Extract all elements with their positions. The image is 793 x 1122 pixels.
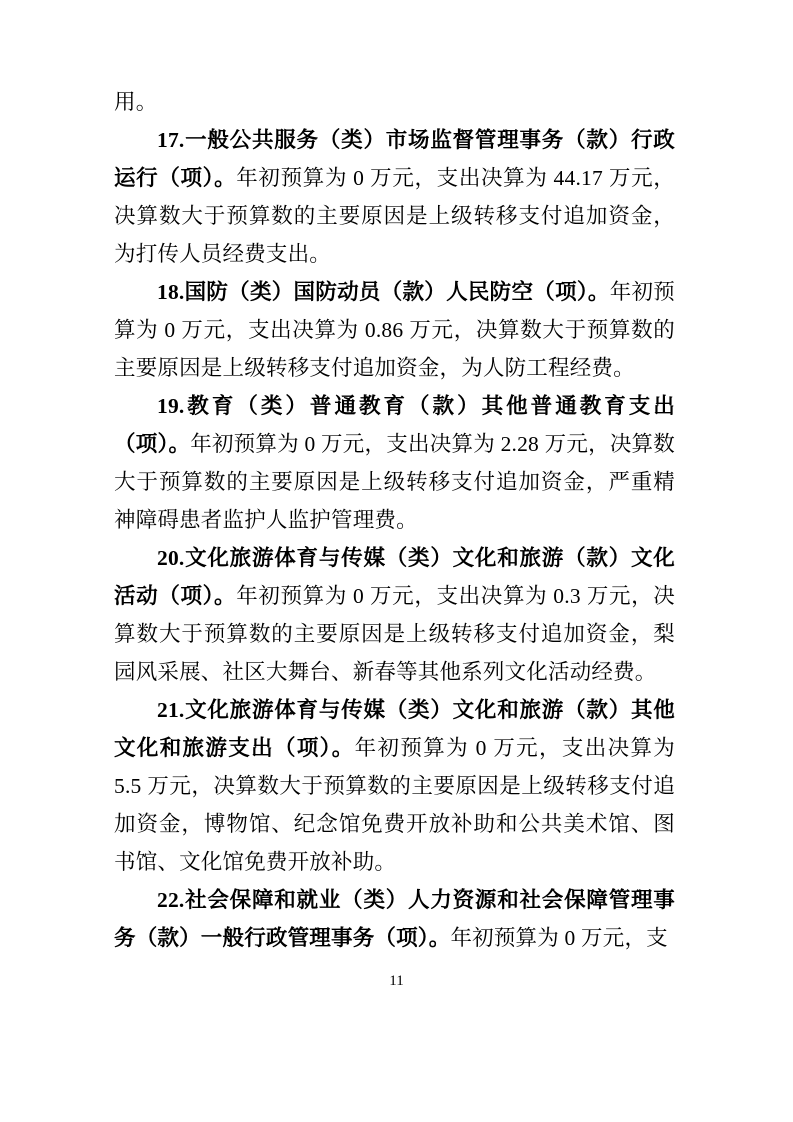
paragraph-continuation: 用。 (114, 83, 675, 121)
budget-item-19-body: 年初预算为 0 万元，支出决算为 2.28 万元，决算数大于预算数的主要原因是上… (114, 432, 675, 532)
paragraph-continuation-text: 用。 (114, 90, 157, 114)
budget-item-21: 21.文化旅游体育与传媒（类）文化和旅游（款）其他文化和旅游支出（项）。年初预算… (114, 691, 675, 881)
budget-item-19: 19.教育（类）普通教育（款）其他普通教育支出（项）。年初预算为 0 万元，支出… (114, 387, 675, 539)
budget-item-22-body: 年初预算为 0 万元，支 (450, 926, 667, 950)
budget-item-22: 22.社会保障和就业（类）人力资源和社会保障管理事务（款）一般行政管理事务（项）… (114, 881, 675, 957)
budget-item-18-heading: 18.国防（类）国防动员（款）人民防空（项）。 (157, 280, 610, 304)
document-text-block: 用。 17.一般公共服务（类）市场监督管理事务（款）行政运行（项）。年初预算为 … (114, 83, 675, 957)
page-number: 11 (0, 971, 793, 991)
budget-item-17: 17.一般公共服务（类）市场监督管理事务（款）行政运行（项）。年初预算为 0 万… (114, 121, 675, 273)
budget-item-18: 18.国防（类）国防动员（款）人民防空（项）。年初预算为 0 万元，支出决算为 … (114, 273, 675, 387)
budget-item-20: 20.文化旅游体育与传媒（类）文化和旅游（款）文化活动（项）。年初预算为 0 万… (114, 539, 675, 691)
document-page: 用。 17.一般公共服务（类）市场监督管理事务（款）行政运行（项）。年初预算为 … (0, 0, 793, 1122)
